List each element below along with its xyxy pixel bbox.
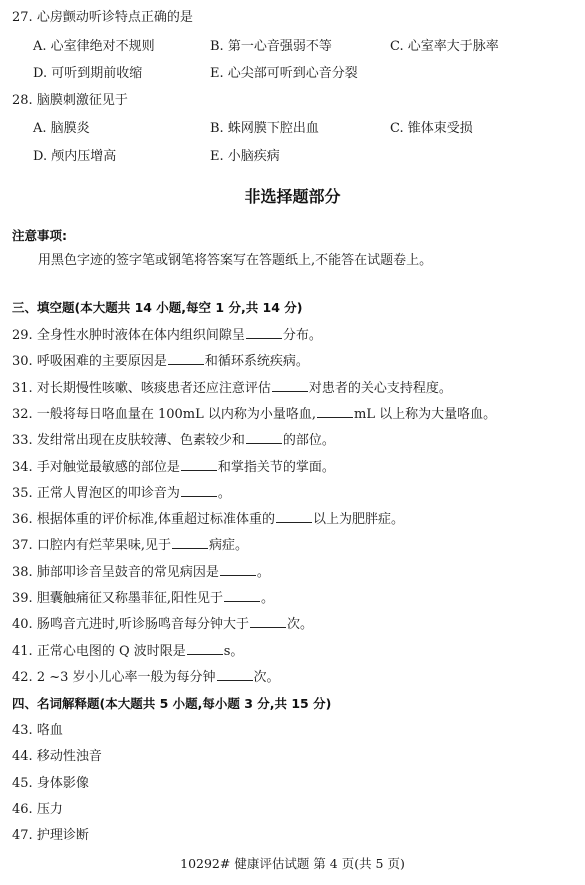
question-text-after: mL 以上称为大量咯血。 bbox=[354, 407, 496, 422]
question-text-before: 一般将每日咯血量在 100mL 以内称为小量咯血, bbox=[37, 407, 316, 422]
question-text-after: 以上为肥胖症。 bbox=[313, 512, 404, 527]
option-28-d: D. 颅内压增高 bbox=[33, 149, 116, 165]
question-text-before: 口腔内有烂苹果味,见于 bbox=[37, 538, 171, 553]
fill-question: 37. 口腔内有烂苹果味,见于病症。 bbox=[12, 536, 248, 554]
question-number: 41. bbox=[12, 644, 33, 659]
answer-blank bbox=[217, 668, 253, 681]
question-text-before: 2 ~3 岁小儿心率一般为每分钟 bbox=[37, 670, 216, 685]
answer-blank bbox=[250, 615, 286, 628]
question-number: 43. bbox=[12, 723, 33, 738]
fill-question: 33. 发绀常出现在皮肤较薄、色素较少和的部位。 bbox=[12, 431, 335, 449]
answer-blank bbox=[172, 536, 208, 549]
page-footer: 10292# 健康评估试题 第 4 页(共 5 页) bbox=[0, 856, 585, 872]
term-question: 46. 压力 bbox=[12, 802, 63, 818]
question-text-before: 根据体重的评价标准,体重超过标准体重的 bbox=[37, 512, 275, 527]
term-question: 44. 移动性浊音 bbox=[12, 749, 102, 765]
question-text-after: 次。 bbox=[287, 617, 313, 632]
question-number: 29. bbox=[12, 328, 33, 343]
question-text-after: 。 bbox=[257, 565, 270, 580]
answer-blank bbox=[276, 510, 312, 523]
term-text: 身体影像 bbox=[37, 776, 89, 791]
term-question: 43. 咯血 bbox=[12, 723, 63, 739]
notice-heading: 注意事项: bbox=[12, 228, 67, 244]
option-27-c: C. 心室率大于脉率 bbox=[390, 39, 499, 55]
question-number: 38. bbox=[12, 565, 33, 580]
question-text-after: 次。 bbox=[254, 670, 280, 685]
term-question: 47. 护理诊断 bbox=[12, 828, 89, 844]
answer-blank bbox=[246, 326, 282, 339]
fill-question: 30. 呼吸困难的主要原因是和循环系统疾病。 bbox=[12, 352, 309, 370]
question-text-after: 病症。 bbox=[209, 538, 248, 553]
question-number: 28. bbox=[12, 93, 33, 108]
answer-blank bbox=[220, 563, 256, 576]
question-text-after: 。 bbox=[261, 591, 274, 606]
question-28: 28. 脑膜刺激征见于 bbox=[12, 93, 128, 109]
section-3-heading: 三、填空题(本大题共 14 小题,每空 1 分,共 14 分) bbox=[12, 300, 303, 316]
question-text-before: 胆囊触痛征又称墨菲征,阳性见于 bbox=[37, 591, 223, 606]
fill-question: 39. 胆囊触痛征又称墨菲征,阳性见于。 bbox=[12, 589, 274, 607]
option-27-a: A. 心室律绝对不规则 bbox=[33, 39, 155, 55]
question-text-after: 分布。 bbox=[283, 328, 322, 343]
question-text-after: 。 bbox=[218, 486, 231, 501]
question-text-before: 肺部叩诊音呈鼓音的常见病因是 bbox=[37, 565, 219, 580]
notice-body: 用黑色字迹的签字笔或钢笔将答案写在答题纸上,不能答在试题卷上。 bbox=[38, 253, 432, 269]
question-text-before: 全身性水肿时液体在体内组织间隙呈 bbox=[37, 328, 245, 343]
answer-blank bbox=[272, 379, 308, 392]
question-text-before: 正常人胃泡区的叩诊音为 bbox=[37, 486, 180, 501]
fill-question: 29. 全身性水肿时液体在体内组织间隙呈分布。 bbox=[12, 326, 322, 344]
option-27-e: E. 心尖部可听到心音分裂 bbox=[210, 66, 358, 82]
term-question: 45. 身体影像 bbox=[12, 776, 89, 792]
term-text: 护理诊断 bbox=[37, 828, 89, 843]
fill-question: 35. 正常人胃泡区的叩诊音为。 bbox=[12, 484, 231, 502]
question-text-after: 和循环系统疾病。 bbox=[205, 354, 309, 369]
question-number: 47. bbox=[12, 828, 33, 843]
question-text-before: 肠鸣音亢进时,听诊肠鸣音每分钟大于 bbox=[37, 617, 249, 632]
question-text-after: 对患者的关心支持程度。 bbox=[309, 381, 452, 396]
option-27-b: B. 第一心音强弱不等 bbox=[210, 39, 332, 55]
term-text: 咯血 bbox=[37, 723, 63, 738]
section-4-heading: 四、名词解释题(本大题共 5 小题,每小题 3 分,共 15 分) bbox=[12, 696, 331, 712]
question-number: 30. bbox=[12, 354, 33, 369]
question-text-after: 和掌指关节的掌面。 bbox=[218, 460, 335, 475]
part-title: 非选择题部分 bbox=[0, 187, 585, 207]
option-28-c: C. 锥体束受损 bbox=[390, 121, 473, 137]
term-text: 移动性浊音 bbox=[37, 749, 102, 764]
term-text: 压力 bbox=[37, 802, 63, 817]
fill-question: 31. 对长期慢性咳嗽、咳痰患者还应注意评估对患者的关心支持程度。 bbox=[12, 379, 452, 397]
option-28-b: B. 蛛网膜下腔出血 bbox=[210, 121, 319, 137]
option-27-d: D. 可听到期前收缩 bbox=[33, 66, 142, 82]
fill-question: 36. 根据体重的评价标准,体重超过标准体重的以上为肥胖症。 bbox=[12, 510, 404, 528]
question-27: 27. 心房颤动听诊特点正确的是 bbox=[12, 10, 193, 26]
question-number: 44. bbox=[12, 749, 33, 764]
answer-blank bbox=[246, 431, 282, 444]
fill-question: 42. 2 ~3 岁小儿心率一般为每分钟次。 bbox=[12, 668, 280, 686]
question-number: 34. bbox=[12, 460, 33, 475]
question-number: 40. bbox=[12, 617, 33, 632]
answer-blank bbox=[181, 484, 217, 497]
fill-question: 38. 肺部叩诊音呈鼓音的常见病因是。 bbox=[12, 563, 270, 581]
answer-blank bbox=[224, 589, 260, 602]
question-text-before: 正常心电图的 Q 波时限是 bbox=[37, 644, 186, 659]
fill-question: 34. 手对触觉最敏感的部位是和掌指关节的掌面。 bbox=[12, 458, 335, 476]
question-number: 45. bbox=[12, 776, 33, 791]
answer-blank bbox=[168, 352, 204, 365]
question-text-after: 的部位。 bbox=[283, 433, 335, 448]
question-text-before: 呼吸困难的主要原因是 bbox=[37, 354, 167, 369]
question-number: 35. bbox=[12, 486, 33, 501]
fill-question: 32. 一般将每日咯血量在 100mL 以内称为小量咯血,mL 以上称为大量咯血… bbox=[12, 405, 496, 423]
question-number: 42. bbox=[12, 670, 33, 685]
question-number: 33. bbox=[12, 433, 33, 448]
question-number: 27. bbox=[12, 10, 33, 25]
option-28-e: E. 小脑疾病 bbox=[210, 149, 280, 165]
question-stem: 心房颤动听诊特点正确的是 bbox=[37, 10, 193, 25]
question-text-before: 对长期慢性咳嗽、咳痰患者还应注意评估 bbox=[37, 381, 271, 396]
question-number: 37. bbox=[12, 538, 33, 553]
question-stem: 脑膜刺激征见于 bbox=[37, 93, 128, 108]
question-number: 46. bbox=[12, 802, 33, 817]
question-text-after: s。 bbox=[224, 644, 244, 659]
question-number: 32. bbox=[12, 407, 33, 422]
answer-blank bbox=[181, 458, 217, 471]
question-number: 36. bbox=[12, 512, 33, 527]
question-number: 31. bbox=[12, 381, 33, 396]
question-number: 39. bbox=[12, 591, 33, 606]
question-text-before: 发绀常出现在皮肤较薄、色素较少和 bbox=[37, 433, 245, 448]
fill-question: 41. 正常心电图的 Q 波时限是s。 bbox=[12, 642, 243, 660]
question-text-before: 手对触觉最敏感的部位是 bbox=[37, 460, 180, 475]
option-28-a: A. 脑膜炎 bbox=[33, 121, 90, 137]
answer-blank bbox=[187, 642, 223, 655]
answer-blank bbox=[317, 405, 353, 418]
fill-question: 40. 肠鸣音亢进时,听诊肠鸣音每分钟大于次。 bbox=[12, 615, 313, 633]
